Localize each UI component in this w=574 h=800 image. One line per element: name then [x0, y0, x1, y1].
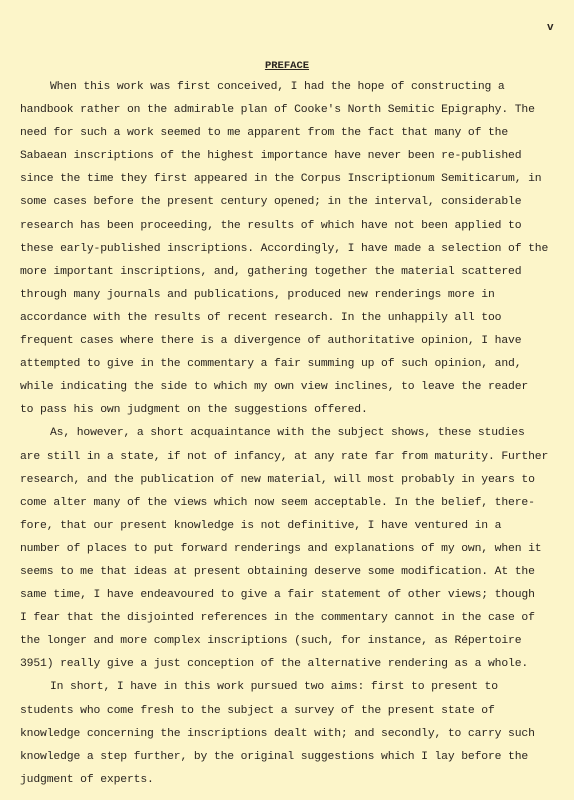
text-line: these early-published inscriptions. Acco…	[20, 238, 570, 261]
text-line: same time, I have endeavoured to give a …	[20, 584, 570, 607]
text-line: accordance with the results of recent re…	[20, 307, 570, 330]
text-line: more important inscriptions, and, gather…	[20, 261, 570, 284]
text-line: When this work was first conceived, I ha…	[20, 76, 570, 99]
text-line: need for such a work seemed to me appare…	[20, 122, 570, 145]
text-line: judgment of experts.	[20, 769, 570, 792]
text-line: are still in a state, if not of infancy,…	[20, 446, 570, 469]
text-line: number of places to put forward renderin…	[20, 538, 570, 561]
text-line: come alter many of the views which now s…	[20, 492, 570, 515]
text-line: since the time they first appeared in th…	[20, 168, 570, 191]
text-line: Sabaean inscriptions of the highest impo…	[20, 145, 570, 168]
text-line: handbook rather on the admirable plan of…	[20, 99, 570, 122]
text-line: through many journals and publications, …	[20, 284, 570, 307]
text-line: attempted to give in the commentary a fa…	[20, 353, 570, 376]
text-line: knowledge concerning the inscriptions de…	[20, 723, 570, 746]
text-line: I fear that the disjointed references in…	[20, 607, 570, 630]
text-line: frequent cases where there is a divergen…	[20, 330, 570, 353]
text-line: to pass his own judgment on the suggesti…	[20, 399, 570, 422]
text-line: fore, that our present knowledge is not …	[20, 515, 570, 538]
text-line: As, however, a short acquaintance with t…	[20, 422, 570, 445]
text-line: research, and the publication of new mat…	[20, 469, 570, 492]
text-line: 3951) really give a just conception of t…	[20, 653, 570, 676]
text-line: seems to me that ideas at present obtain…	[20, 561, 570, 584]
page-title: PREFACE	[0, 60, 574, 72]
text-line: knowledge a step further, by the origina…	[20, 746, 570, 769]
text-line: research has been proceeding, the result…	[20, 215, 570, 238]
text-line: In short, I have in this work pursued tw…	[20, 676, 570, 699]
text-line: students who come fresh to the subject a…	[20, 700, 570, 723]
page-number: v	[547, 22, 554, 34]
text-line: while indicating the side to which my ow…	[20, 376, 570, 399]
text-line: the longer and more complex inscriptions…	[20, 630, 570, 653]
document-body: When this work was first conceived, I ha…	[20, 76, 570, 792]
text-line: some cases before the present century op…	[20, 191, 570, 214]
